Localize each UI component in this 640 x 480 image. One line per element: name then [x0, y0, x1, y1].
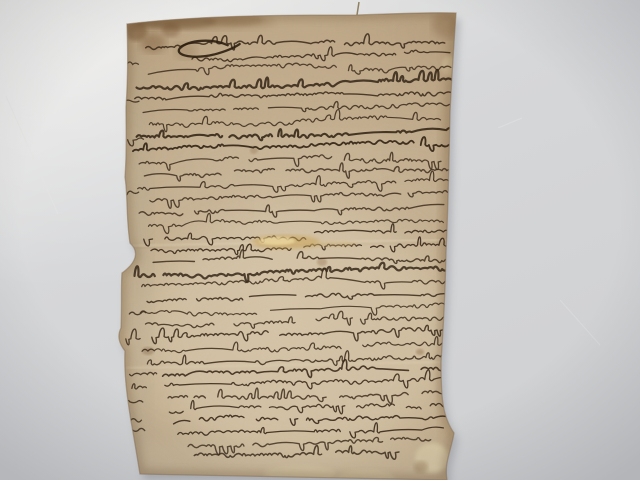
manuscript-photo	[0, 0, 640, 480]
amber-stain-blob	[259, 237, 295, 245]
paper-stain	[416, 349, 424, 355]
paper-stain	[135, 20, 465, 136]
paper-stain	[162, 23, 180, 37]
paper-stain	[414, 461, 428, 473]
manuscript-page-photo	[0, 0, 640, 480]
paper-surface-details	[100, 0, 480, 480]
paper-stain	[317, 258, 327, 266]
amber-stain-blob	[304, 241, 358, 247]
